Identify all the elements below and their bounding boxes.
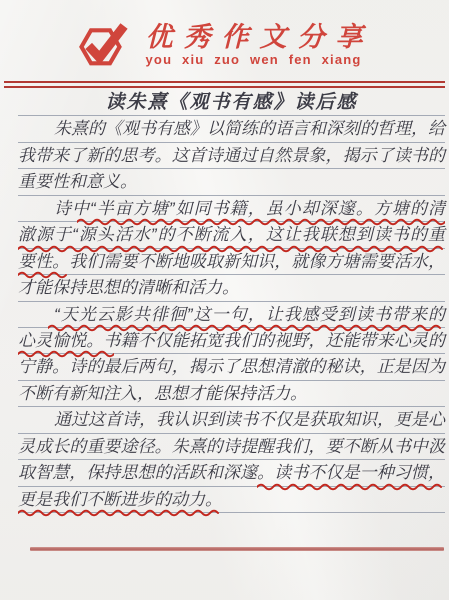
essay-line-text: 重要性和意义。 (18, 172, 137, 191)
essay-line-text: 诗中“半亩方塘”如同书籍，虽小却深邃。方塘的清 (54, 199, 445, 218)
essay-line-text: 心灵愉悦。书籍不仅能拓宽我们的视野，还能带来心灵的 (18, 331, 445, 350)
essay: 读朱熹《观书有感》读后感 朱熹的《观书有感》以简练的语言和深刻的哲理，给我带来了… (18, 90, 445, 513)
essay-line-11: 不断有新知注入，思想才能保持活力。 (18, 381, 445, 407)
essay-body: 朱熹的《观书有感》以简练的语言和深刻的哲理，给我带来了新的思考。这首诗通过自然景… (18, 116, 445, 513)
header: 优秀作文分享 you xiu zuo wen fen xiang (0, 14, 449, 76)
essay-line-text: 取智慧，保持思想的活跃和深邃。读书不仅是一种习惯， (18, 463, 445, 482)
essay-line-12: 通过这首诗，我认识到读书不仅是获取知识，更是心 (18, 407, 445, 433)
essay-line-13: 灵成长的重要途径。朱熹的诗提醒我们，要不断从书中汲 (18, 434, 445, 460)
essay-line-text: 不断有新知注入，思想才能保持活力。 (18, 384, 307, 403)
essay-line-text: 宁静。诗的最后两句，揭示了思想清澈的秘诀，正是因为 (18, 357, 445, 376)
essay-line-text: “天光云影共徘徊”这一句，让我感受到读书带来的 (54, 305, 445, 324)
essay-line-4: 诗中“半亩方塘”如同书籍，虽小却深邃。方塘的清 (18, 196, 445, 222)
essay-line-text: 我带来了新的思考。这首诗通过自然景象，揭示了读书的 (18, 146, 445, 165)
essay-line-text: 通过这首诗，我认识到读书不仅是获取知识，更是心 (54, 410, 445, 429)
footer-divider (30, 547, 444, 551)
essay-line-5: 澈源于“源头活水”的不断流入，这让我联想到读书的重 (18, 222, 445, 248)
essay-line-text: 才能保持思想的清晰和活力。 (18, 278, 239, 297)
essay-line-text: 澈源于“源头活水”的不断流入，这让我联想到读书的重 (18, 225, 445, 244)
essay-line-7: 才能保持思想的清晰和活力。 (18, 275, 445, 301)
essay-line-2: 我带来了新的思考。这首诗通过自然景象，揭示了读书的 (18, 143, 445, 169)
essay-line-1: 朱熹的《观书有感》以简练的语言和深刻的哲理，给 (18, 116, 445, 142)
essay-page: 优秀作文分享 you xiu zuo wen fen xiang 读朱熹《观书有… (0, 0, 449, 600)
essay-line-text: 灵成长的重要途径。朱熹的诗提醒我们，要不断从书中汲 (18, 437, 445, 456)
essay-line-9: 心灵愉悦。书籍不仅能拓宽我们的视野，还能带来心灵的 (18, 328, 445, 354)
essay-line-6: 要性。我们需要不断地吸取新知识，就像方塘需要活水， (18, 249, 445, 275)
essay-title: 读朱熹《观书有感》读后感 (18, 90, 445, 116)
essay-line-3: 重要性和意义。 (18, 169, 445, 195)
red-wavy-underline (18, 508, 223, 518)
essay-line-8: “天光云影共徘徊”这一句，让我感受到读书带来的 (18, 302, 445, 328)
hexagon-checkmark-icon (76, 17, 134, 73)
essay-line-text: 更是我们不断进步的动力。 (18, 490, 222, 509)
essay-line-15: 更是我们不断进步的动力。 (18, 487, 445, 513)
essay-line-10: 宁静。诗的最后两句，揭示了思想清澈的秘诀，正是因为 (18, 354, 445, 380)
brand: 优秀作文分享 you xiu zuo wen fen xiang (146, 22, 374, 68)
essay-line-text: 朱熹的《观书有感》以简练的语言和深刻的哲理，给 (54, 119, 445, 138)
brand-pinyin: you xiu zuo wen fen xiang (146, 52, 374, 68)
essay-line-text: 要性。我们需要不断地吸取新知识，就像方塘需要活水， (18, 252, 445, 271)
header-divider (4, 81, 445, 88)
essay-line-14: 取智慧，保持思想的活跃和深邃。读书不仅是一种习惯， (18, 460, 445, 486)
brand-title: 优秀作文分享 (146, 22, 374, 52)
